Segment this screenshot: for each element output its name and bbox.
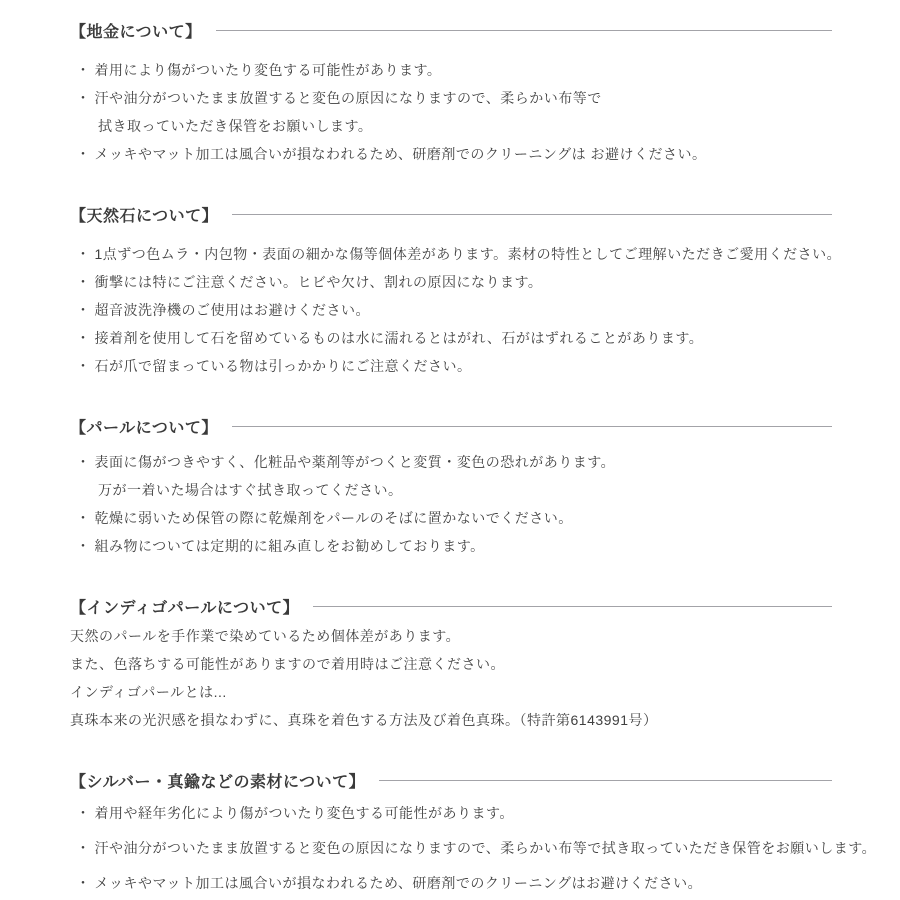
care-note-text: 石が爪で留まっている物は引っかかりにご注意ください。 <box>95 358 472 374</box>
care-section-3: 【パールについて】 ・表面に傷がつきやすく、化粧品や薬剤等がつくと変質・変色の恐… <box>70 412 880 560</box>
bullet-dot: ・ <box>76 56 91 84</box>
bullet-dot: ・ <box>76 796 91 831</box>
care-note-text: 汗や油分がついたまま放置すると変色の原因になりますので、柔らかい布等で拭き取って… <box>95 840 877 856</box>
section-header: 【天然石について】 <box>70 200 880 228</box>
care-note-text: また、色落ちする可能性がありますので着用時はご注意ください。 <box>70 656 505 672</box>
care-note-text: 衝撃には特にご注意ください。ヒビや欠け、割れの原因になります。 <box>95 274 543 290</box>
care-note-text: 拭き取っていただき保管をお願いします。 <box>98 118 372 134</box>
care-note-text: 接着剤を使用して石を留めているものは水に濡れるとはがれ、石がはずれることがありま… <box>95 330 704 346</box>
section-header: 【地金について】 <box>70 16 880 44</box>
care-note-line: インディゴパールとは... <box>70 678 880 706</box>
section-divider-line <box>379 780 832 781</box>
care-note-line: 天然のパールを手作業で染めているため個体差があります。 <box>70 622 880 650</box>
section-title: 【パールについて】 <box>70 415 218 438</box>
section-title: 【インディゴパールについて】 <box>70 595 299 618</box>
care-note-line: ・超音波洗浄機のご使用はお避けください。 <box>70 296 880 324</box>
care-note-text: 汗や油分がついたまま放置すると変色の原因になりますので、柔らかい布等で <box>95 90 602 106</box>
care-note-text: メッキやマット加工は風合いが損なわれるため、研磨剤でのクリーニングは お避けくだ… <box>95 146 707 162</box>
bullet-dot: ・ <box>76 448 91 476</box>
care-notes-page: 【地金について】 ・着用により傷がついたり変色する可能性があります。・汗や油分が… <box>0 0 900 900</box>
care-note-text: 乾燥に弱いため保管の際に乾燥剤をパールのそばに置かないでください。 <box>95 510 573 526</box>
care-note-text: 真珠本来の光沢感を損なわずに、真珠を着色する方法及び着色真珠。（特許第61439… <box>70 712 658 728</box>
care-note-text: 着用や経年劣化により傷がついたり変色する可能性があります。 <box>95 805 514 821</box>
care-note-line: ・衝撃には特にご注意ください。ヒビや欠け、割れの原因になります。 <box>70 268 880 296</box>
care-section-4: 【インディゴパールについて】 天然のパールを手作業で染めているため個体差がありま… <box>70 592 880 734</box>
section-divider-line <box>232 426 832 427</box>
bullet-dot: ・ <box>76 532 91 560</box>
care-note-text: 天然のパールを手作業で染めているため個体差があります。 <box>70 628 460 644</box>
care-note-text: 万が一着いた場合はすぐ拭き取ってください。 <box>98 482 403 498</box>
section-header: 【インディゴパールについて】 <box>70 592 880 620</box>
care-note-line: 真珠本来の光沢感を損なわずに、真珠を着色する方法及び着色真珠。（特許第61439… <box>70 706 880 734</box>
care-section-5: 【シルバー・真鍮などの素材について】 ・着用や経年劣化により傷がついたり変色する… <box>70 766 880 900</box>
care-note-line: ・メッキやマット加工は風合いが損なわれるため、研磨剤でのクリーニングはお避けくだ… <box>70 866 880 900</box>
bullet-dot: ・ <box>76 504 91 532</box>
section-lines: ・着用や経年劣化により傷がついたり変色する可能性があります。・汗や油分がついたま… <box>70 796 880 900</box>
care-note-text: 1点ずつ色ムラ・内包物・表面の細かな傷等個体差があります。素材の特性としてご理解… <box>95 246 842 262</box>
care-note-line: また、色落ちする可能性がありますので着用時はご注意ください。 <box>70 650 880 678</box>
care-note-line: ・石が爪で留まっている物は引っかかりにご注意ください。 <box>70 352 880 380</box>
care-note-text: 表面に傷がつきやすく、化粧品や薬剤等がつくと変質・変色の恐れがあります。 <box>95 454 616 470</box>
care-note-line: ・接着剤を使用して石を留めているものは水に濡れるとはがれ、石がはずれることがあり… <box>70 324 880 352</box>
care-section-2: 【天然石について】 ・1点ずつ色ムラ・内包物・表面の細かな傷等個体差があります。… <box>70 200 880 380</box>
bullet-dot: ・ <box>76 352 91 380</box>
care-note-text: インディゴパールとは... <box>70 684 227 700</box>
care-note-line: ・組み物については定期的に組み直しをお勧めしております。 <box>70 532 880 560</box>
section-title: 【地金について】 <box>70 19 202 42</box>
care-note-line: 万が一着いた場合はすぐ拭き取ってください。 <box>70 476 880 504</box>
section-divider-line <box>313 606 832 607</box>
section-header: 【パールについて】 <box>70 412 880 440</box>
bullet-dot: ・ <box>76 831 91 866</box>
bullet-dot: ・ <box>76 324 91 352</box>
section-title: 【天然石について】 <box>70 203 218 226</box>
care-note-line: 拭き取っていただき保管をお願いします。 <box>70 112 880 140</box>
section-divider-line <box>232 214 832 215</box>
care-note-text: 着用により傷がついたり変色する可能性があります。 <box>95 62 442 78</box>
care-section-1: 【地金について】 ・着用により傷がついたり変色する可能性があります。・汗や油分が… <box>70 16 880 168</box>
care-note-text: メッキやマット加工は風合いが損なわれるため、研磨剤でのクリーニングはお避けくださ… <box>95 875 703 891</box>
section-lines: ・着用により傷がついたり変色する可能性があります。・汗や油分がついたまま放置する… <box>70 56 880 168</box>
care-note-line: ・汗や油分がついたまま放置すると変色の原因になりますので、柔らかい布等で <box>70 84 880 112</box>
section-divider-line <box>216 30 832 31</box>
bullet-dot: ・ <box>76 866 91 900</box>
care-note-line: ・着用や経年劣化により傷がついたり変色する可能性があります。 <box>70 796 880 831</box>
section-lines: ・表面に傷がつきやすく、化粧品や薬剤等がつくと変質・変色の恐れがあります。万が一… <box>70 448 880 560</box>
care-note-line: ・表面に傷がつきやすく、化粧品や薬剤等がつくと変質・変色の恐れがあります。 <box>70 448 880 476</box>
section-lines: 天然のパールを手作業で染めているため個体差があります。また、色落ちする可能性があ… <box>70 622 880 734</box>
bullet-dot: ・ <box>76 140 91 168</box>
bullet-dot: ・ <box>76 296 91 324</box>
section-header: 【シルバー・真鍮などの素材について】 <box>70 766 880 794</box>
section-lines: ・1点ずつ色ムラ・内包物・表面の細かな傷等個体差があります。素材の特性としてご理… <box>70 240 880 380</box>
bullet-dot: ・ <box>76 268 91 296</box>
care-note-line: ・乾燥に弱いため保管の際に乾燥剤をパールのそばに置かないでください。 <box>70 504 880 532</box>
bullet-dot: ・ <box>76 84 91 112</box>
section-title: 【シルバー・真鍮などの素材について】 <box>70 769 365 792</box>
care-note-line: ・1点ずつ色ムラ・内包物・表面の細かな傷等個体差があります。素材の特性としてご理… <box>70 240 880 268</box>
care-note-line: ・メッキやマット加工は風合いが損なわれるため、研磨剤でのクリーニングは お避けく… <box>70 140 880 168</box>
care-note-text: 組み物については定期的に組み直しをお勧めしております。 <box>95 538 485 554</box>
care-note-line: ・汗や油分がついたまま放置すると変色の原因になりますので、柔らかい布等で拭き取っ… <box>70 831 880 866</box>
care-note-text: 超音波洗浄機のご使用はお避けください。 <box>95 302 371 318</box>
care-note-line: ・着用により傷がついたり変色する可能性があります。 <box>70 56 880 84</box>
bullet-dot: ・ <box>76 240 91 268</box>
